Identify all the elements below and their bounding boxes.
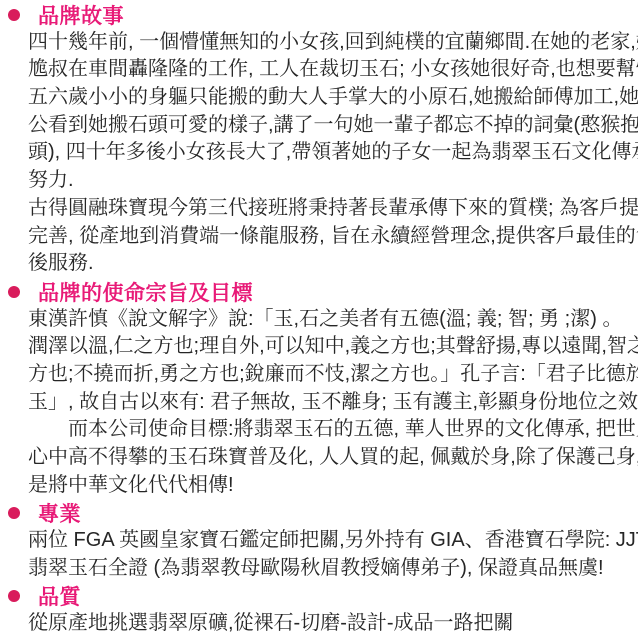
bullet-icon <box>8 507 20 519</box>
section-heading: 品牌的使命宗旨及目標 <box>0 278 640 306</box>
section: 品質 從原產地挑選翡翠原礦,從裸石-切磨-設計-成品一路把關 <box>0 582 640 637</box>
body-line: 四十幾年前, 一個懵懂無知的小女孩,回到純樸的宜蘭鄉間.在她的老家,她的 <box>28 29 638 57</box>
section: 專業 兩位 FGA 英國皇家寶石鑑定師把關,另外持有 GIA、香港寶石學院: J… <box>0 499 640 582</box>
body-line: 潤澤以溫,仁之方也;理自外,可以知中,義之方也;其聲舒揚,專以遠聞,智之 <box>28 333 638 361</box>
body-line: 兩位 FGA 英國皇家寶石鑑定師把關,另外持有 GIA、香港寶石學院: JJT,… <box>28 527 638 555</box>
body-line: 心中高不得攀的玉石珠寶普及化, 人人買的起, 佩戴於身,除了保護己身, 更 <box>28 444 638 472</box>
section-title: 品牌故事 <box>38 0 124 30</box>
section: 品牌故事 四十幾年前, 一個懵懂無知的小女孩,回到純樸的宜蘭鄉間.在她的老家,她… <box>0 1 640 278</box>
section-body: 四十幾年前, 一個懵懂無知的小女孩,回到純樸的宜蘭鄉間.在她的老家,她的尯叔在車… <box>28 29 638 278</box>
body-line: 翡翠玉石全證 (為翡翠教母歐陽秋眉教授嫡傳弟子), 保證真品無虞! <box>28 555 638 583</box>
body-line: 玉」, 故自古以來有: 君子無故, 玉不離身; 玉有護主,彰顯身份地位之效! <box>28 389 638 417</box>
section-body: 從原產地挑選翡翠原礦,從裸石-切磨-設計-成品一路把關 <box>28 610 638 638</box>
body-line: 後服務. <box>28 250 638 278</box>
bullet-icon <box>8 9 20 21</box>
section-body: 兩位 FGA 英國皇家寶石鑑定師把關,另外持有 GIA、香港寶石學院: JJT,… <box>28 527 638 582</box>
body-line: 東漢許慎《說文解字》說:「玉,石之美者有五德(溫; 義; 智; 勇 ;潔) 。 <box>28 306 638 334</box>
body-line: 是將中華文化代代相傳! <box>28 472 638 500</box>
section-title: 品牌的使命宗旨及目標 <box>38 277 253 307</box>
body-line: 古得圓融珠寶現今第三代接班將秉持著長輩承傳下來的質樸; 為客戶提供 <box>28 195 638 223</box>
section-title: 品質 <box>38 581 81 611</box>
body-line: 頭), 四十年多後小女孩長大了,帶領著她的子女一起為翡翠玉石文化傳承而 <box>28 139 638 167</box>
document-page: 品牌故事 四十幾年前, 一個懵懂無知的小女孩,回到純樸的宜蘭鄉間.在她的老家,她… <box>0 0 640 640</box>
body-line: 方也;不撓而折,勇之方也;銳廉而不忮,潔之方也。」孔子言:「君子比德於 <box>28 361 638 389</box>
body-line: 尯叔在車間轟隆隆的工作, 工人在裁切玉石; 小女孩她很好奇,也想要幫忙, <box>28 56 638 84</box>
section: 品牌的使命宗旨及目標 東漢許慎《說文解字》說:「玉,石之美者有五德(溫; 義; … <box>0 278 640 500</box>
bullet-icon <box>8 286 20 298</box>
body-line: 完善, 從產地到消費端一條龍服務, 旨在永續經營理念,提供客戶最佳的售 <box>28 223 638 251</box>
body-line: 努力. <box>28 167 638 195</box>
body-line: 五六歲小小的身軀只能搬的動大人手掌大的小原石,她搬給師傅加工,她的阿 <box>28 84 638 112</box>
section-heading: 品質 <box>0 582 640 610</box>
section-heading: 專業 <box>0 499 640 527</box>
section-heading: 品牌故事 <box>0 1 640 29</box>
body-line: 從原產地挑選翡翠原礦,從裸石-切磨-設計-成品一路把關 <box>28 610 638 638</box>
section-title: 專業 <box>38 498 81 528</box>
bullet-icon <box>8 590 20 602</box>
section-body: 東漢許慎《說文解字》說:「玉,石之美者有五德(溫; 義; 智; 勇 ;潔) 。潤… <box>28 306 638 500</box>
body-line: 而本公司使命目標:將翡翠玉石的五德, 華人世界的文化傳承, 把世人 <box>28 416 638 444</box>
body-line: 公看到她搬石頭可愛的樣子,講了一句她一輩子都忘不掉的詞彙(憨猴抱石 <box>28 112 638 140</box>
